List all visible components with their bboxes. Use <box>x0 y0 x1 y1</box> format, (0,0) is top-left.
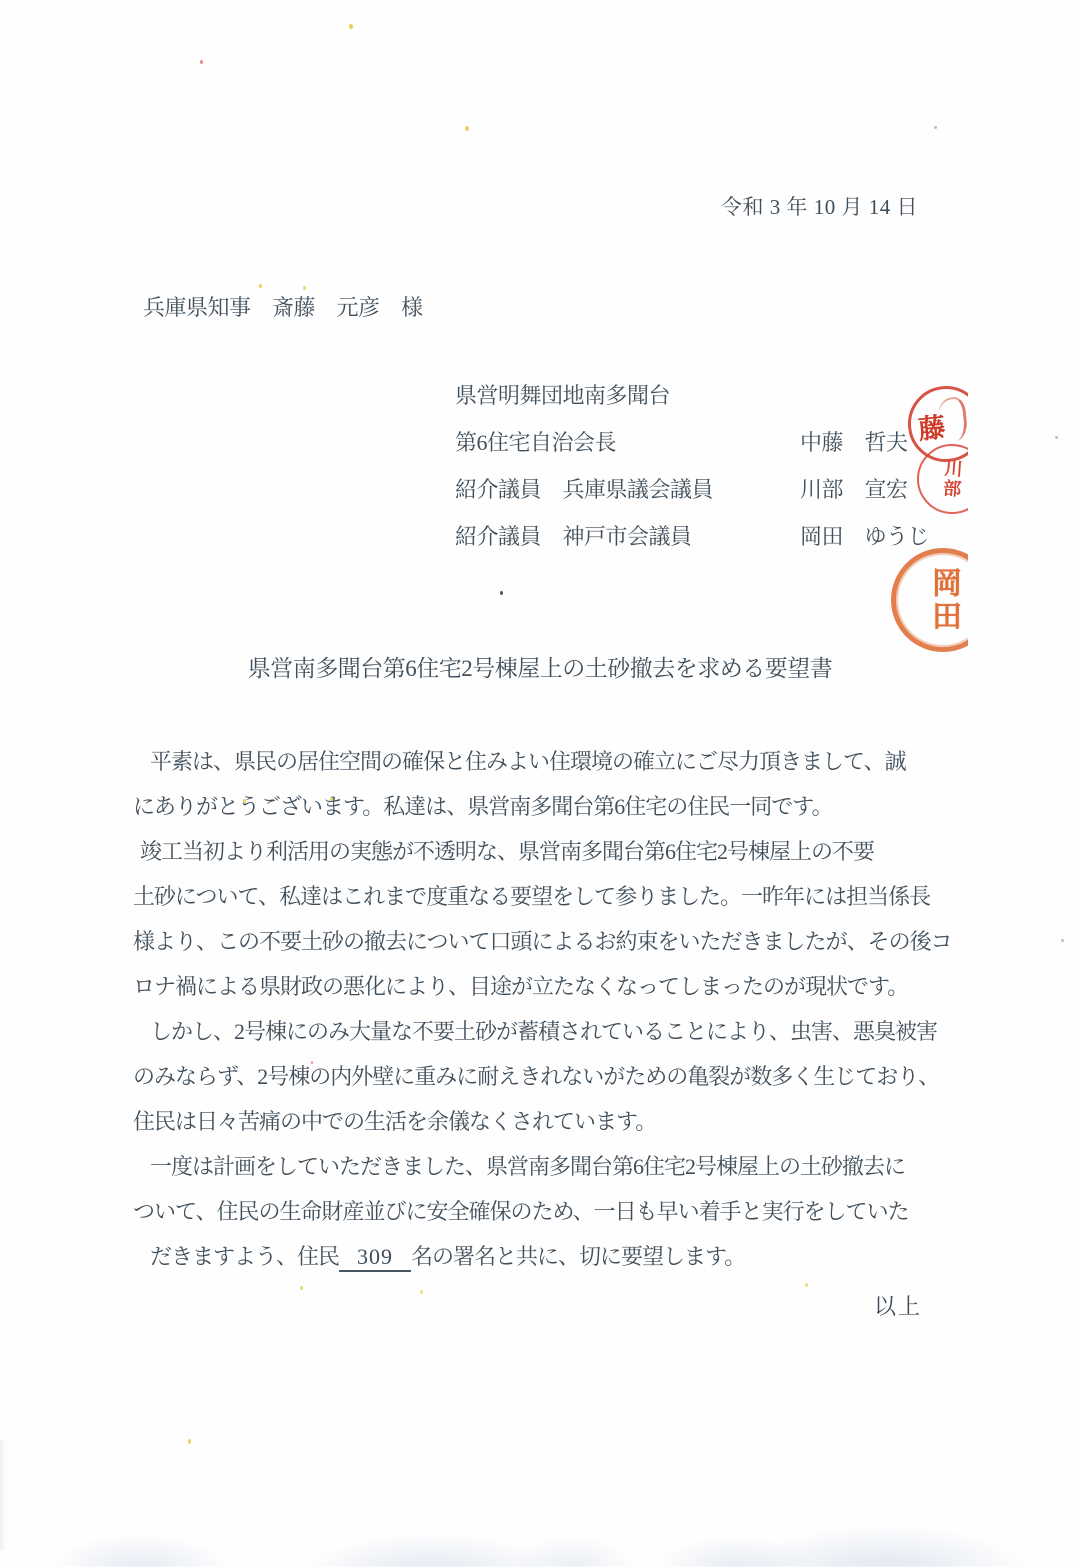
scan-speck <box>420 1290 423 1294</box>
sender-role: 紹介議員 神戸市会議員 <box>455 524 692 549</box>
scan-speck <box>188 1439 191 1444</box>
scan-speck <box>200 60 203 64</box>
sender-role: 第6住宅自治会長 <box>455 430 616 455</box>
body-line: 平素は、県民の居住空間の確保と住みよい住環境の確立にご尽力頂きまして、誠 <box>133 739 961 784</box>
sender-row-city-council: 紹介議員 神戸市会議員 岡田 ゆうじ <box>455 513 955 560</box>
body-line-signature: だきますよう、住民309名の署名と共に、切に要望します。 <box>133 1234 961 1279</box>
body-line: 土砂について、私達はこれまで度重なる要望をして参りました。一昨年には担当係長 <box>133 874 961 919</box>
sender-name: 岡田 ゆうじ <box>800 513 929 560</box>
scan-speck <box>934 126 937 129</box>
body-line: しかし、2号棟にのみ大量な不要土砂が蓄積されていることにより、虫害、悪臭被害 <box>133 1009 961 1054</box>
sender-row-chairman: 第6住宅自治会長 中藤 哲夫 <box>455 419 955 466</box>
sender-block: 県営明舞団地南多聞台 第6住宅自治会長 中藤 哲夫 紹介議員 兵庫県議会議員 川… <box>455 372 955 560</box>
sender-role: 紹介議員 兵庫県議会議員 <box>455 477 713 502</box>
document-title: 県営南多聞台第6住宅2号棟屋上の土砂撤去を求める要望書 <box>0 650 1080 683</box>
date-line: 令和 3 年 10 月 14 日 <box>0 191 918 221</box>
stamp-glyph: 岡田 <box>921 567 965 633</box>
body-line: 竣工当初より利活用の実態が不透明な、県営南多聞台第6住宅2号棟屋上の不要 <box>133 829 961 874</box>
scan-speck <box>349 24 353 29</box>
scan-speck <box>1061 939 1064 942</box>
body-line: ついて、住民の生命財産並びに安全確保のため、一日も早い着手と実行をしていた <box>133 1189 961 1234</box>
body-line: 住民は日々苦痛の中での生活を余儀なくされています。 <box>133 1099 961 1144</box>
scan-speck <box>300 1286 303 1290</box>
scan-speck <box>259 284 262 288</box>
body-line: ロナ禍による県財政の悪化により、目途が立たなくなってしまったのが現状です。 <box>133 964 961 1009</box>
letter-body: 平素は、県民の居住空間の確保と住みよい住環境の確立にご尽力頂きまして、誠 にあり… <box>133 739 961 1279</box>
scan-speck <box>330 797 333 801</box>
body-line: 一度は計画をしていただきました、県営南多聞台第6住宅2号棟屋上の土砂撤去に <box>133 1144 961 1189</box>
final-line-pre: だきますよう、住民 <box>150 1244 339 1269</box>
scan-speck <box>1055 436 1058 439</box>
scan-speck <box>805 1283 808 1287</box>
scan-speck <box>311 1061 313 1064</box>
body-line: 様より、この不要土砂の撤去について口頭によるお約束をいただきましたが、その後コ <box>133 919 961 964</box>
scan-speck <box>465 126 469 131</box>
sender-name: 川部 宣宏 <box>800 466 908 513</box>
closing-ijou: 以上 <box>0 1290 922 1321</box>
sender-name: 中藤 哲夫 <box>800 419 908 466</box>
scan-edge-noise <box>0 1440 6 1550</box>
hanko-stamp-okada: 岡田 <box>891 548 968 652</box>
sender-organization: 県営明舞団地南多聞台 <box>455 372 955 419</box>
scan-speck <box>500 591 503 595</box>
final-line-post: 名の署名と共に、切に要望します。 <box>411 1244 745 1269</box>
addressee-line: 兵庫県知事 斎藤 元彦 様 <box>143 291 423 322</box>
sender-row-prefectural-assembly: 紹介議員 兵庫県議会議員 川部 宣宏 <box>455 466 955 513</box>
scan-speck <box>303 286 306 290</box>
body-line: のみならず、2号棟の内外壁に重みに耐えきれないがための亀裂が数多く生じており、 <box>133 1054 961 1099</box>
scan-speck <box>243 799 246 803</box>
scanned-petition-page: 令和 3 年 10 月 14 日 兵庫県知事 斎藤 元彦 様 県営明舞団地南多聞… <box>0 0 1080 1567</box>
body-line: にありがとうございます。私達は、県営南多聞台第6住宅の住民一同です。 <box>133 784 961 829</box>
signature-count: 309 <box>339 1234 411 1279</box>
scan-bottom-noise <box>0 1472 1080 1567</box>
